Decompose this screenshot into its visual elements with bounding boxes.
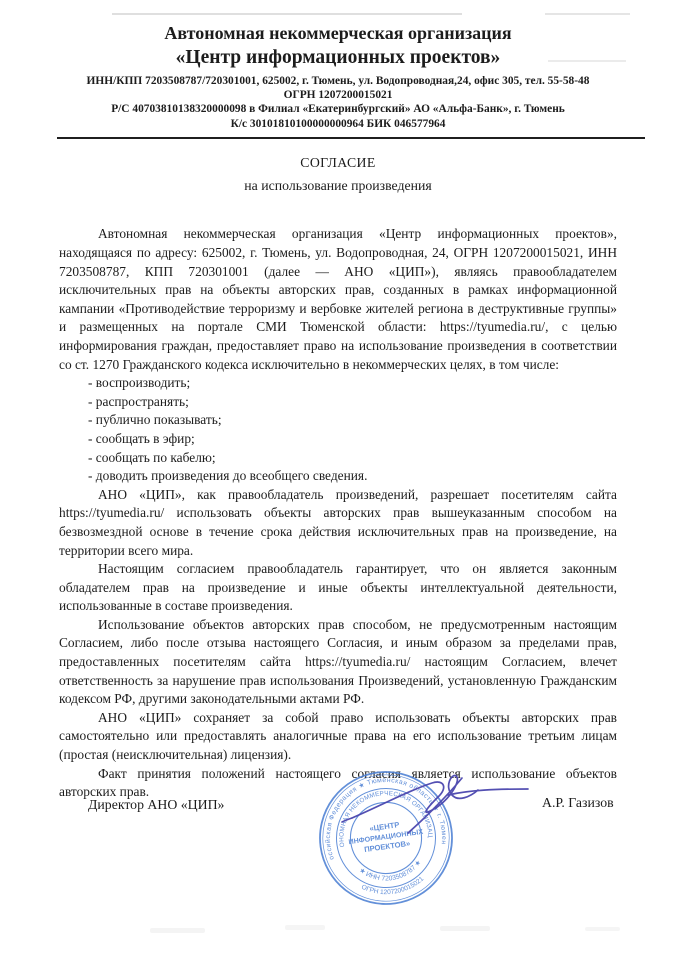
paragraph-license: АНО «ЦИП» сохраняет за собой право испол… bbox=[59, 709, 617, 765]
list-item: - сообщать по кабелю; bbox=[59, 449, 617, 468]
signer-name: А.Р. Газизов bbox=[542, 795, 614, 811]
paragraph-preamble: Автономная некоммерческая организация «Ц… bbox=[59, 225, 617, 374]
org-inn-kpp-line: ИНН/КПП 7203508787/720301001, 625002, г.… bbox=[0, 74, 676, 88]
seal-ogrn-text: ОГРН 1207200015021 bbox=[359, 875, 427, 900]
paragraph-liability: Использование объектов авторских прав сп… bbox=[59, 616, 617, 709]
list-item: - воспроизводить; bbox=[59, 374, 617, 393]
title-subtitle: на использование произведения bbox=[0, 175, 676, 198]
list-item: - сообщать в эфир; bbox=[59, 430, 617, 449]
document-page: Автономная некоммерческая организация «Ц… bbox=[0, 0, 676, 956]
document-title: СОГЛАСИЕ на использование произведения bbox=[0, 152, 676, 197]
list-item: - доводить произведения до всеобщего све… bbox=[59, 467, 617, 486]
header-divider bbox=[57, 137, 645, 140]
scan-artifact bbox=[150, 928, 205, 933]
seal-center-line2: ИНФОРМАЦИОННЫХ bbox=[348, 828, 424, 846]
org-ogrn-line: ОГРН 1207200015021 bbox=[0, 88, 676, 102]
document-body: Автономная некоммерческая организация «Ц… bbox=[59, 225, 617, 801]
paragraph-permission: АНО «ЦИП», как правообладатель произведе… bbox=[59, 486, 617, 560]
scan-artifact bbox=[285, 925, 325, 930]
org-details: ИНН/КПП 7203508787/720301001, 625002, г.… bbox=[0, 74, 676, 131]
signer-role: Директор АНО «ЦИП» bbox=[88, 797, 224, 813]
svg-text:ОГРН 1207200015021: ОГРН 1207200015021 bbox=[359, 875, 427, 900]
org-bank-account-line: Р/С 40703810138320000098 в Филиал «Екате… bbox=[0, 102, 676, 116]
scan-artifact bbox=[585, 927, 620, 931]
seal-inn-text: ★ ИНН 7203508787 ★ bbox=[357, 858, 425, 887]
seal-center-line3: ПРОЕКТОВ» bbox=[364, 839, 411, 854]
list-item: - распространять; bbox=[59, 393, 617, 412]
org-name-line1: Автономная некоммерческая организация bbox=[0, 21, 676, 45]
title-main: СОГЛАСИЕ bbox=[0, 152, 676, 175]
org-name-line2: «Центр информационных проектов» bbox=[0, 45, 676, 70]
org-corr-account-line: К/с 30101810100000000964 БИК 046577964 bbox=[0, 117, 676, 131]
paragraph-guarantee: Настоящим согласием правообладатель гара… bbox=[59, 560, 617, 616]
svg-text:★ ИНН 7203508787 ★: ★ ИНН 7203508787 ★ bbox=[357, 858, 425, 887]
seal-center-line1: «ЦЕНТР bbox=[369, 820, 400, 833]
scan-artifact bbox=[440, 926, 490, 931]
list-item: - публично показывать; bbox=[59, 411, 617, 430]
letterhead: Автономная некоммерческая организация «Ц… bbox=[0, 0, 676, 139]
